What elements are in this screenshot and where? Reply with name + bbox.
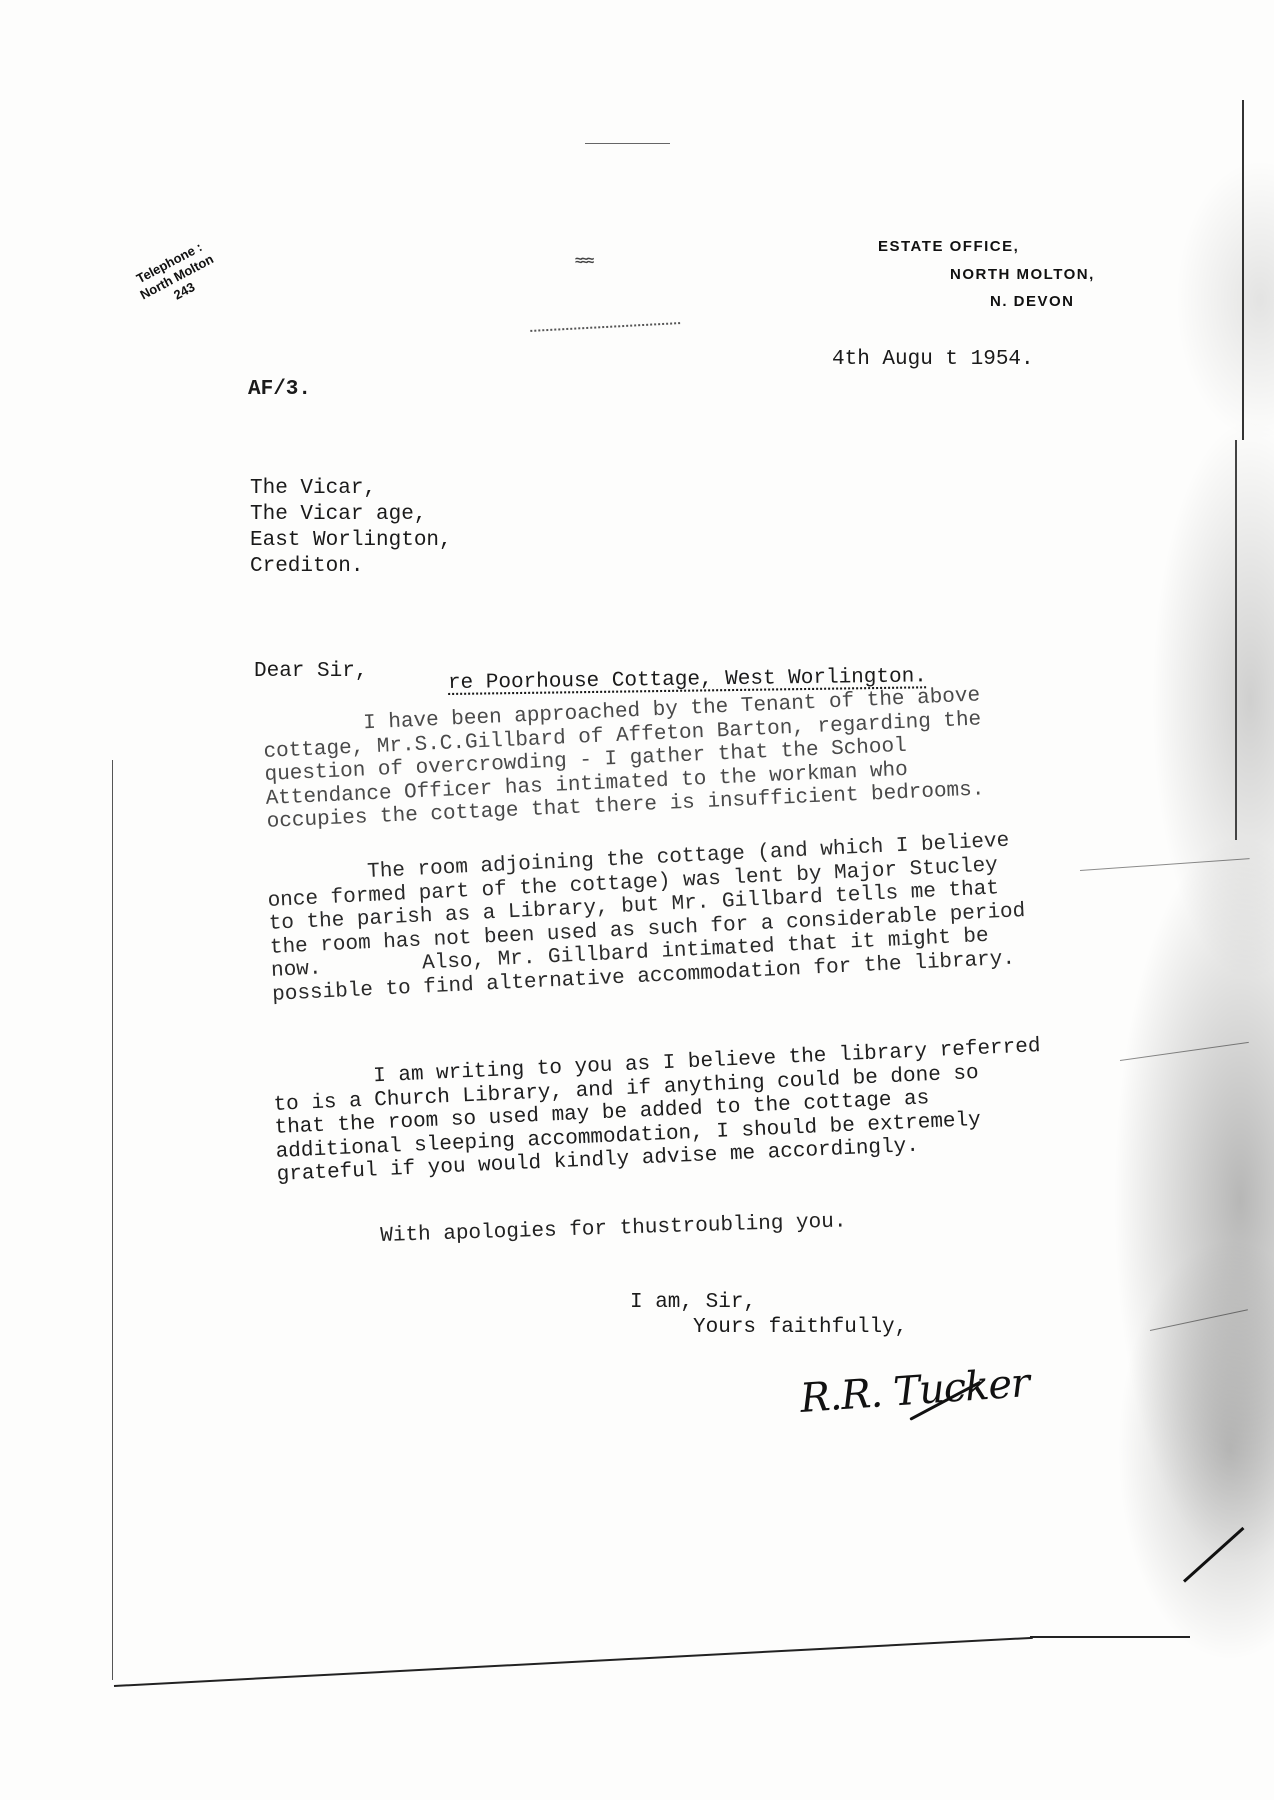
page-edge-bottom: [114, 1637, 1033, 1687]
body-paragraph-4: With apologies for thustroubling you.: [380, 1210, 847, 1248]
reference-code: AF/3.: [248, 378, 311, 401]
address-line: The Vicar,: [250, 476, 452, 502]
page-edge-bottom-right: [1030, 1636, 1190, 1638]
body-paragraph-1: I have been approached by the Tenant of …: [262, 684, 985, 834]
fold-crease: [1120, 1042, 1249, 1061]
body-paragraph-2: The room adjoining the cottage (and whic…: [266, 829, 1028, 1007]
stamp-smudge: ≈≈≈: [575, 252, 592, 268]
page-edge-corner: [1183, 1527, 1244, 1583]
letter-date: 4th Augu t 1954.: [832, 348, 1034, 371]
letterhead-line-2: NORTH MOLTON,: [950, 266, 1095, 283]
stamp-mark-top: [585, 143, 670, 144]
page-edge-left: [112, 760, 113, 1680]
telephone-block: Telephone : North Molton 243: [130, 237, 224, 317]
stamp-mark-dotted: [530, 314, 680, 332]
page-edge-right-lower: [1235, 440, 1237, 840]
fold-crease: [1080, 858, 1250, 871]
body-paragraph-3: I am writing to you as I believe the lib…: [272, 1035, 1045, 1187]
fold-crease: [1150, 1309, 1248, 1331]
closing-line-2: Yours faithfully,: [630, 1315, 907, 1340]
letterhead-line-3: N. DEVON: [990, 293, 1075, 310]
address-line: The Vicar age,: [250, 502, 452, 528]
closing-line-1: I am, Sir,: [630, 1290, 907, 1315]
handwritten-signature: R.R. Tucker: [799, 1360, 1031, 1422]
salutation: Dear Sir,: [254, 660, 367, 683]
address-line: Crediton.: [250, 554, 452, 580]
body-line: With apologies for thustroubling you.: [380, 1210, 847, 1248]
letter-page: ≈≈≈ Telephone : North Molton 243 ESTATE …: [0, 0, 1274, 1800]
recipient-address: The Vicar, The Vicar age, East Worlingto…: [250, 476, 452, 580]
page-edge-right-upper: [1242, 100, 1244, 440]
closing-block: I am, Sir, Yours faithfully,: [630, 1290, 907, 1340]
letterhead-line-1: ESTATE OFFICE,: [878, 238, 1019, 255]
address-line: East Worlington,: [250, 528, 452, 554]
